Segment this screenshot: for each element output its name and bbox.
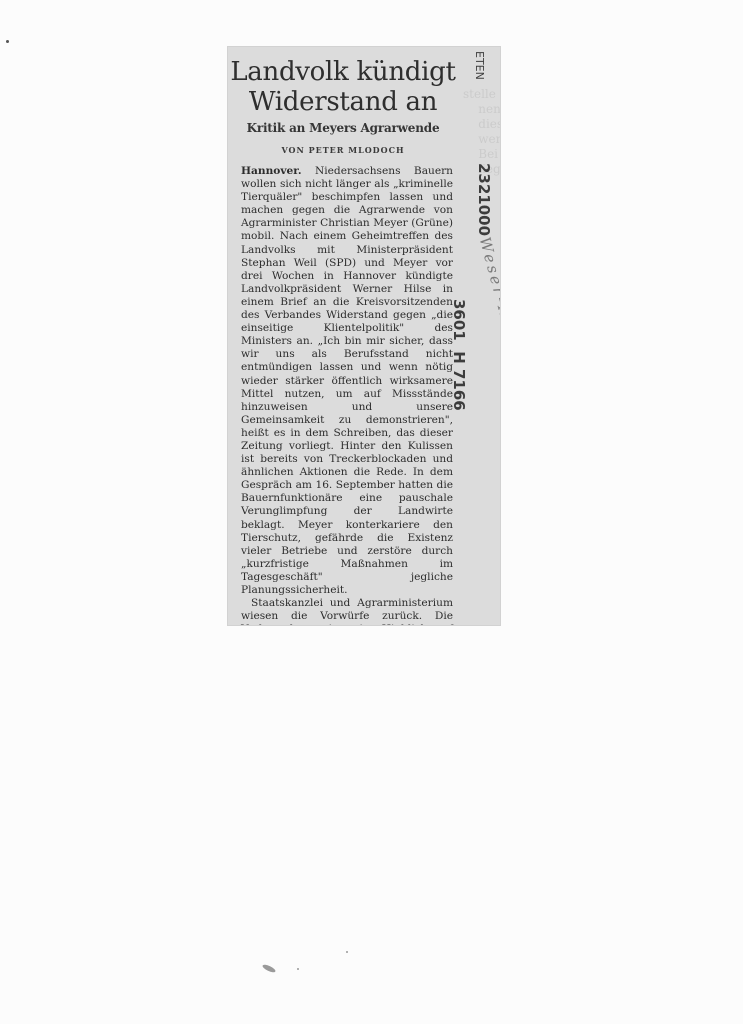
dateline: Hannover. xyxy=(241,165,302,177)
article-paragraph: Staatskanzlei und Agrarministerium wiese… xyxy=(241,597,453,625)
scan-speck xyxy=(297,968,299,970)
subheadline: Kritik an Meyers Agrarwende xyxy=(228,121,458,135)
newspaper-clipping: stelle nen a diese wenn Bei a liegt Land… xyxy=(228,47,500,625)
scan-speck xyxy=(6,40,9,43)
scan-speck xyxy=(262,963,277,973)
handwritten-note: Weser-Kurier 8.Okt. 2014 xyxy=(476,235,500,497)
section-fragment: ETEN xyxy=(473,51,486,80)
headline: Landvolk kündigt Widerstand an xyxy=(228,57,458,117)
scanned-page: stelle nen a diese wenn Bei a liegt Land… xyxy=(0,0,743,1024)
stamp-code: 3601 H 7166 xyxy=(450,299,468,411)
byline: VON PETER MLODOCH xyxy=(228,145,458,155)
article-body: Hannover. Niedersachsens Bauern wollen s… xyxy=(241,165,453,625)
scan-speck xyxy=(346,951,348,953)
article-paragraph: Hannover. Niedersachsens Bauern wollen s… xyxy=(241,165,453,597)
stamp-number: 2321000 xyxy=(475,163,493,236)
